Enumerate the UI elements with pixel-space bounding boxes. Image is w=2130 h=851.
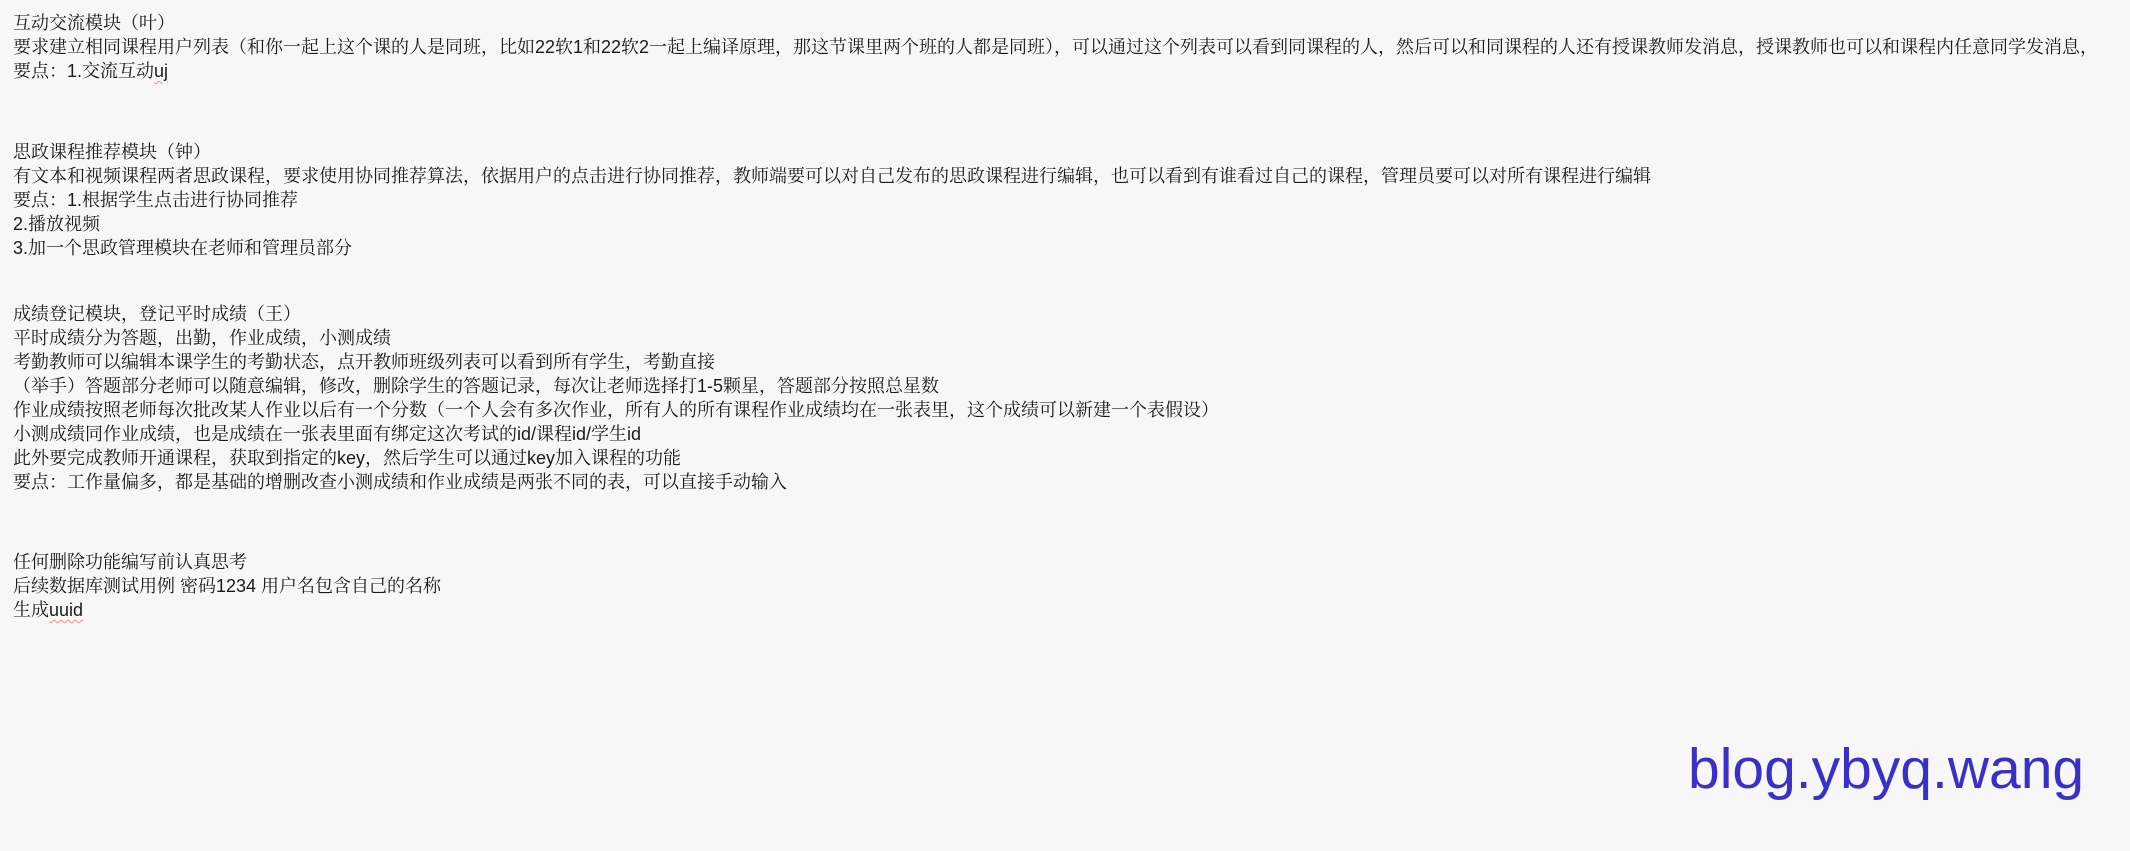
note-line: 作业成绩按照老师每次批改某人作业以后有一个分数（一个人会有多次作业，所有人的所有… — [13, 398, 2120, 422]
section-general-notes: 任何删除功能编写前认真思考 后续数据库测试用例 密码1234 用户名包含自己的名… — [13, 550, 2120, 622]
keypoint-line: 要点：1.交流互动uj — [13, 59, 2120, 83]
note-line: 考勤教师可以编辑本课学生的考勤状态，点开教师班级列表可以看到所有学生，考勤直接 — [13, 350, 2120, 374]
module-heading: 成绩登记模块，登记平时成绩（王） — [13, 302, 2120, 326]
section-grade-register-module: 成绩登记模块，登记平时成绩（王） 平时成绩分为答题，出勤，作业成绩，小测成绩 考… — [13, 302, 2120, 494]
keypoint-line: 要点：1.根据学生点击进行协同推荐 — [13, 188, 2120, 212]
note-line: 有文本和视频课程两者思政课程，要求使用协同推荐算法，依据用户的点击进行协同推荐，… — [13, 164, 2120, 188]
note-line: 2.播放视频 — [13, 212, 2120, 236]
note-line: 平时成绩分为答题，出勤，作业成绩，小测成绩 — [13, 326, 2120, 350]
keypoint-line: 要点：工作量偏多，都是基础的增删改查小测成绩和作业成绩是两张不同的表，可以直接手… — [13, 470, 2120, 494]
note-line: 任何删除功能编写前认真思考 — [13, 550, 2120, 574]
note-line: （举手）答题部分老师可以随意编辑，修改，删除学生的答题记录，每次让老师选择打1-… — [13, 374, 2120, 398]
keypoint-text: 要点：1.交流互动 — [13, 61, 154, 81]
note-line: 3.加一个思政管理模块在老师和管理员部分 — [13, 236, 2120, 260]
note-line: 小测成绩同作业成绩，也是成绩在一张表里面有绑定这次考试的id/课程id/学生id — [13, 422, 2120, 446]
section-ideology-course-module: 思政课程推荐模块（钟） 有文本和视频课程两者思政课程，要求使用协同推荐算法，依据… — [13, 140, 2120, 260]
module-heading: 互动交流模块（叶） — [13, 11, 2120, 35]
note-line: 后续数据库测试用例 密码1234 用户名包含自己的名称 — [13, 574, 2120, 598]
note-line: 生成uuid — [13, 598, 2120, 622]
module-heading: 思政课程推荐模块（钟） — [13, 140, 2120, 164]
blog-url-watermark: blog.ybyq.wang — [1688, 741, 2084, 798]
section-interaction-module: 互动交流模块（叶） 要求建立相同课程用户列表（和你一起上这个课的人是同班，比如2… — [13, 11, 2120, 83]
spellcheck-flagged-text: uj — [154, 61, 168, 81]
note-line: 此外要完成教师开通课程，获取到指定的key，然后学生可以通过key加入课程的功能 — [13, 446, 2120, 470]
notes-document: 互动交流模块（叶） 要求建立相同课程用户列表（和你一起上这个课的人是同班，比如2… — [13, 11, 2120, 622]
spellcheck-flagged-text: uuid — [49, 600, 83, 620]
note-line: 要求建立相同课程用户列表（和你一起上这个课的人是同班，比如22软1和22软2一起… — [13, 35, 2120, 59]
note-text: 生成 — [13, 600, 49, 620]
